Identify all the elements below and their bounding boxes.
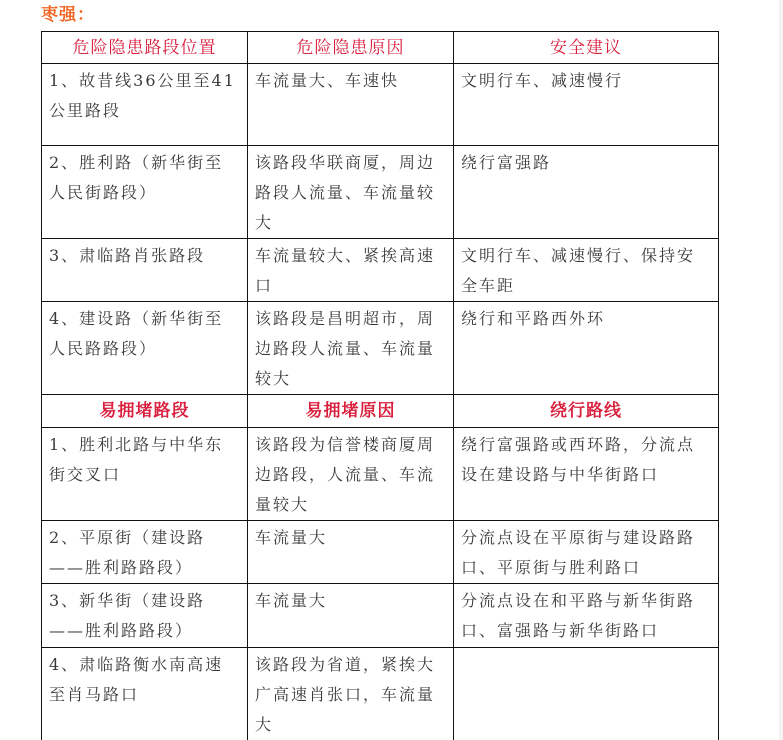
table-row: 2、胜利路（新华街至人民街路段） 该路段华联商厦，周边路段人流量、车流量较大 绕… (42, 146, 719, 239)
safety-advice: 绕行和平路西外环 (454, 302, 719, 395)
header-congestion-reason: 易拥堵原因 (248, 395, 454, 428)
header-detour-route: 绕行路线 (454, 395, 719, 428)
table-row: 3、新华街（建设路——胜利路路段） 车流量大 分流点设在和平路与新华街路口、富强… (42, 584, 719, 648)
congestion-reason: 该路段为信誉楼商厦周边路段，人流量、车流量较大 (248, 428, 454, 521)
detour-route: 分流点设在平原街与建设路路口、平原街与胜利路口 (454, 521, 719, 584)
table-row: 1、胜利北路与中华东街交叉口 该路段为信誉楼商厦周边路段，人流量、车流量较大 绕… (42, 428, 719, 521)
congestion-header-row: 易拥堵路段 易拥堵原因 绕行路线 (42, 395, 719, 428)
table-row: 2、平原街（建设路——胜利路路段） 车流量大 分流点设在平原街与建设路路口、平原… (42, 521, 719, 584)
detour-route: 绕行富强路或西环路，分流点设在建设路与中华街路口 (454, 428, 719, 521)
congestion-location: 2、平原街（建设路——胜利路路段） (42, 521, 248, 584)
congestion-reason: 车流量大 (248, 521, 454, 584)
detour-route: 分流点设在和平路与新华街路口、富强路与新华街路口 (454, 584, 719, 648)
congestion-location: 4、肃临路衡水南高速至肖马路口 (42, 648, 248, 740)
road-safety-table: 危险隐患路段位置 危险隐患原因 安全建议 1、故昔线36公里至41公里路段 车流… (41, 31, 719, 740)
table-row: 1、故昔线36公里至41公里路段 车流量大、车速快 文明行车、减速慢行 (42, 64, 719, 146)
table-row: 4、肃临路衡水南高速至肖马路口 该路段为省道，紧挨大广高速肖张口，车流量大 (42, 648, 719, 740)
header-hazard-location: 危险隐患路段位置 (42, 32, 248, 64)
hazard-reason: 车流量较大、紧挨高速口 (248, 239, 454, 302)
hazard-reason: 车流量大、车速快 (248, 64, 454, 146)
hazard-location: 1、故昔线36公里至41公里路段 (42, 64, 248, 146)
congestion-location: 3、新华街（建设路——胜利路路段） (42, 584, 248, 648)
table-row: 3、肃临路肖张路段 车流量较大、紧挨高速口 文明行车、减速慢行、保持安全车距 (42, 239, 719, 302)
header-safety-advice: 安全建议 (454, 32, 719, 64)
header-congestion-location: 易拥堵路段 (42, 395, 248, 428)
hazard-header-row: 危险隐患路段位置 危险隐患原因 安全建议 (42, 32, 719, 64)
hazard-reason: 该路段是昌明超市，周边路段人流量、车流量较大 (248, 302, 454, 395)
safety-advice: 文明行车、减速慢行 (454, 64, 719, 146)
section-title: 枣强： (41, 4, 95, 26)
hazard-location: 3、肃临路肖张路段 (42, 239, 248, 302)
hazard-reason: 该路段华联商厦，周边路段人流量、车流量较大 (248, 146, 454, 239)
header-hazard-reason: 危险隐患原因 (248, 32, 454, 64)
congestion-reason: 车流量大 (248, 584, 454, 648)
table-row: 4、建设路（新华街至人民路路段） 该路段是昌明超市，周边路段人流量、车流量较大 … (42, 302, 719, 395)
congestion-reason: 该路段为省道，紧挨大广高速肖张口，车流量大 (248, 648, 454, 740)
safety-advice: 绕行富强路 (454, 146, 719, 239)
detour-route (454, 648, 719, 740)
safety-advice: 文明行车、减速慢行、保持安全车距 (454, 239, 719, 302)
hazard-location: 4、建设路（新华街至人民路路段） (42, 302, 248, 395)
page-edge-strip (779, 0, 783, 740)
congestion-location: 1、胜利北路与中华东街交叉口 (42, 428, 248, 521)
hazard-location: 2、胜利路（新华街至人民街路段） (42, 146, 248, 239)
